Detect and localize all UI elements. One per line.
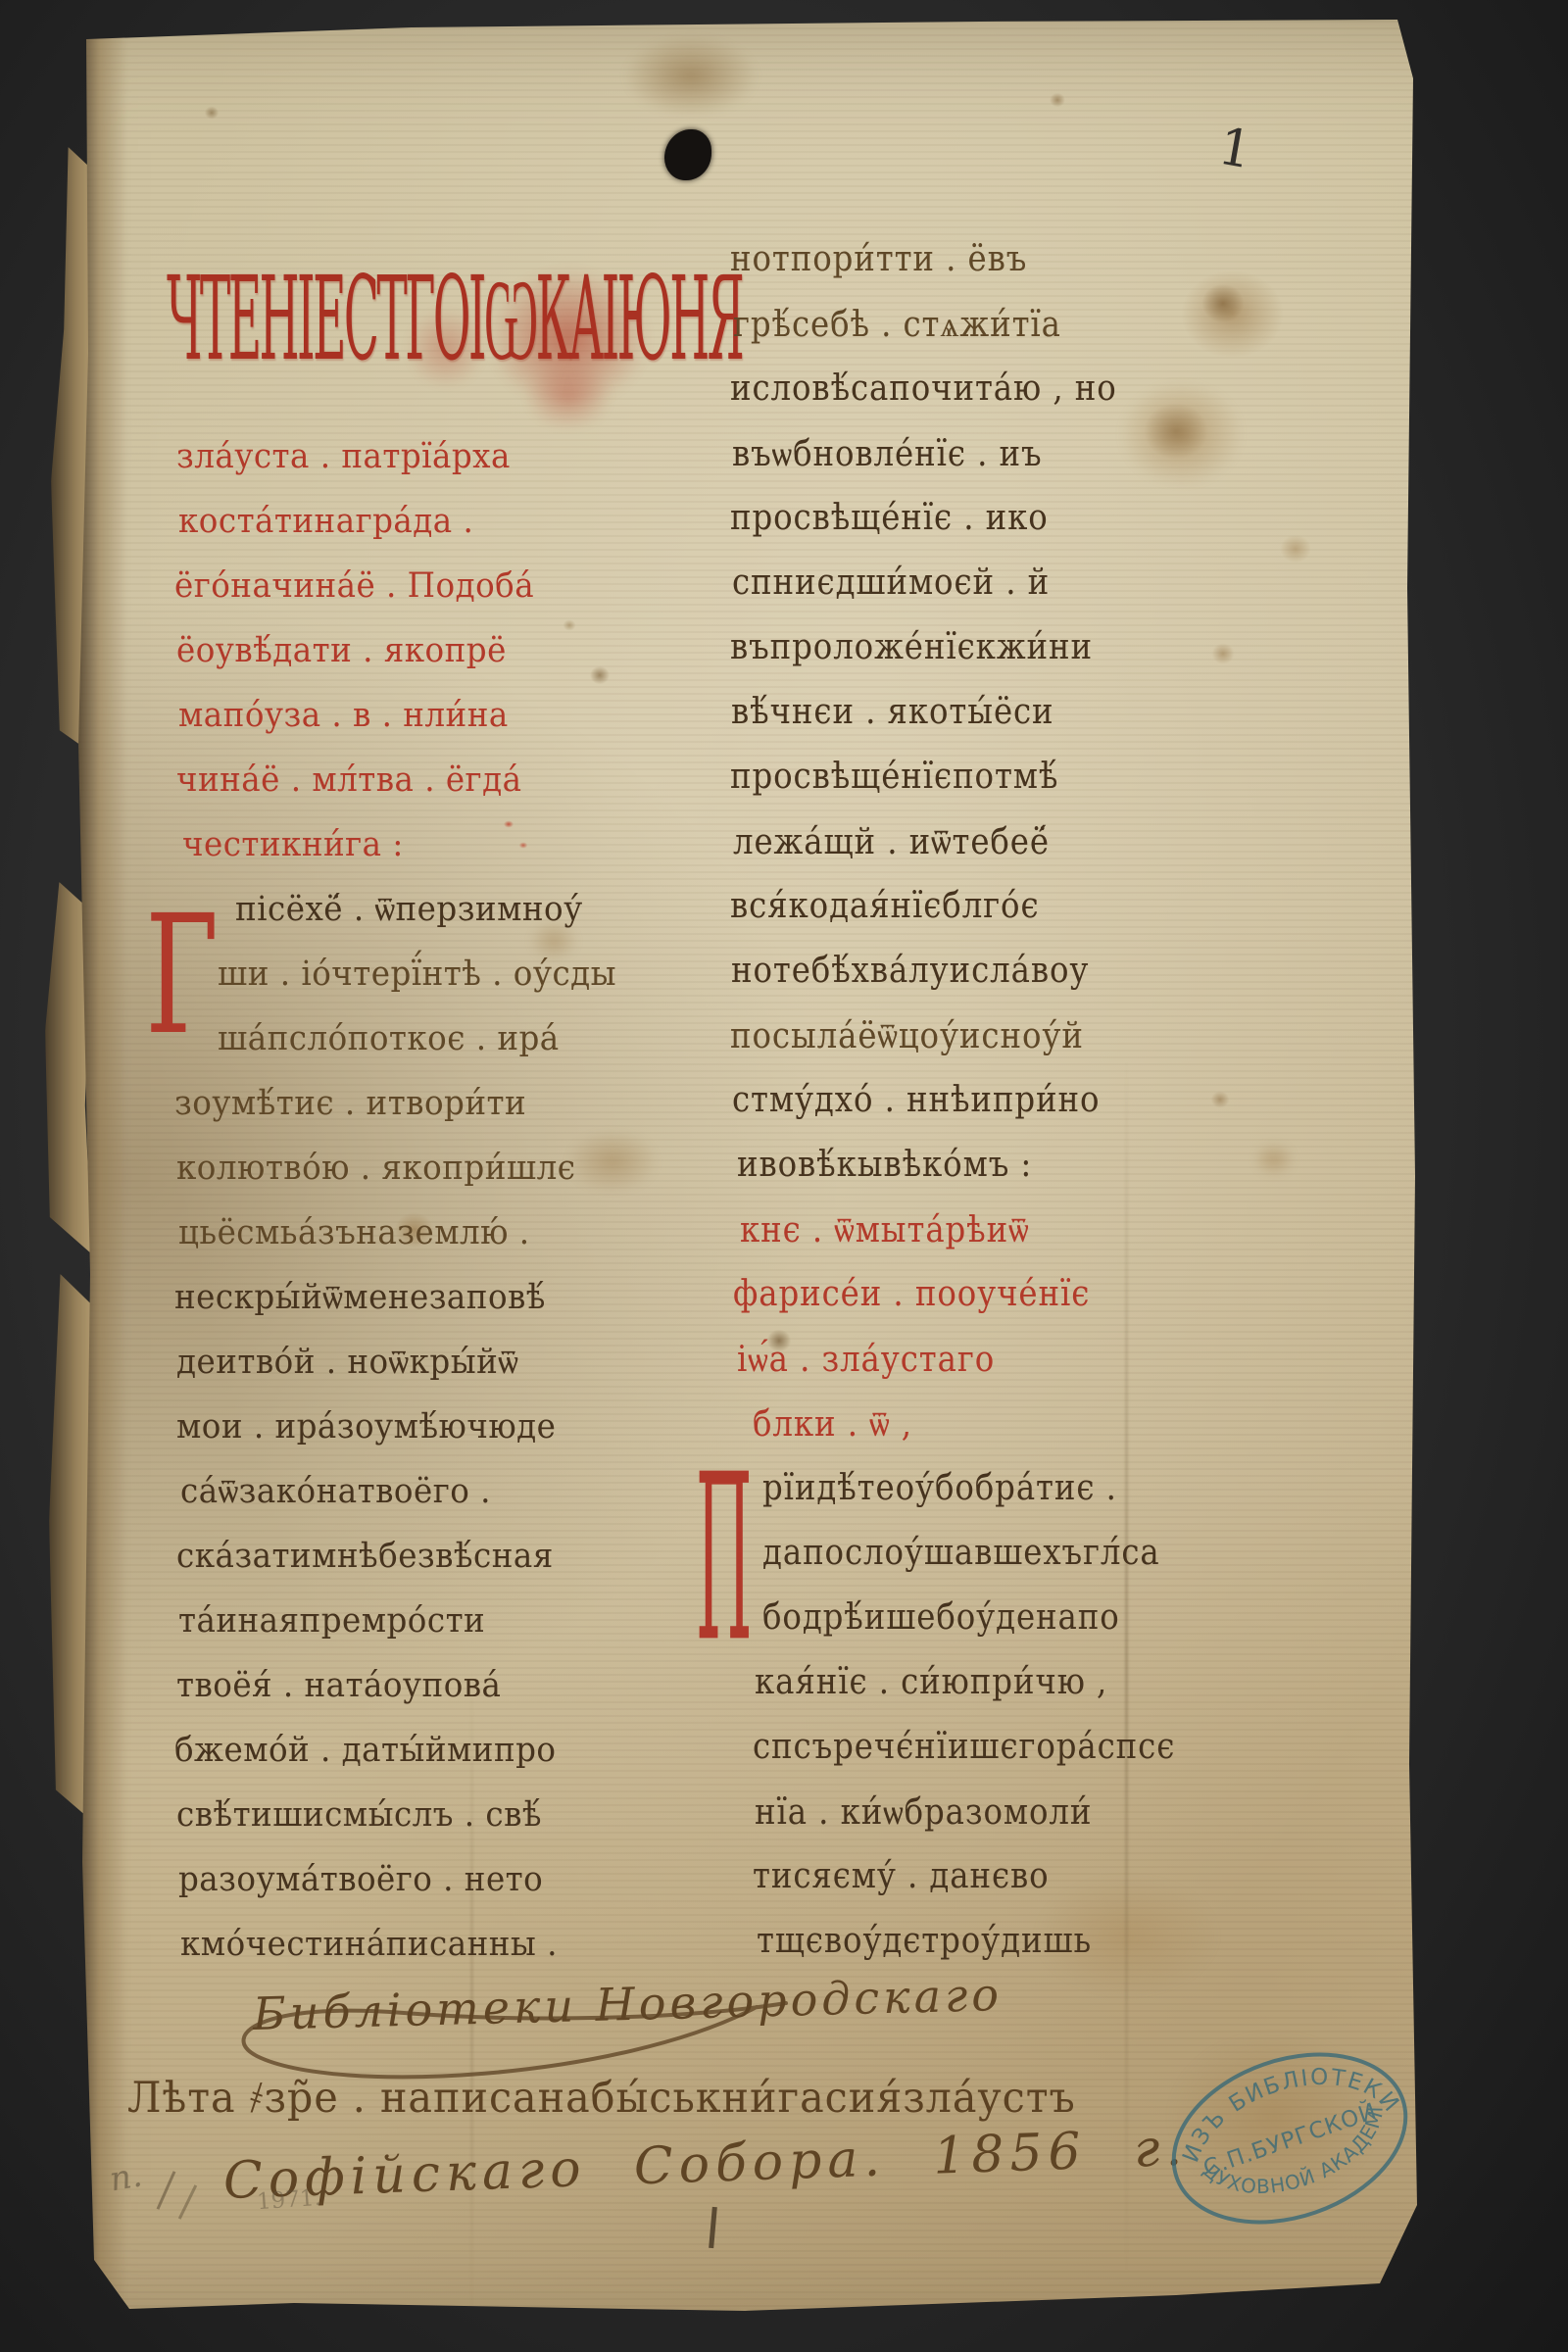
text-line: цьёсмьа́зъназемлю́ . — [178, 1213, 530, 1252]
text-line: просвѣще́нїєпотмѣ́ — [730, 757, 1058, 797]
text-line: кнє . ѿмыта́рѣиѿ — [740, 1209, 1030, 1250]
text-line: нескры́йѿменезаповѣ́ — [174, 1278, 546, 1317]
text-line: тисяєму́ . данєво — [753, 1856, 1050, 1896]
text-line: бжемо́й . даты́ймипро — [174, 1731, 556, 1770]
text-line: фарисе́и . пооуче́нїє — [733, 1274, 1090, 1314]
crease — [1125, 1058, 1128, 2274]
text-line: та́инаяпремро́сти — [178, 1601, 485, 1641]
text-line: исловѣ́сапочита́ю , но — [730, 368, 1117, 409]
text-line: грѣ́себѣ . стѧжи́тїа — [733, 304, 1061, 345]
text-line: са́ѿзако́натвоёго . — [180, 1472, 491, 1511]
text-line: въпроложе́нїєкжи́ни — [730, 627, 1093, 667]
text-line: честикни́га : — [182, 825, 404, 864]
text-line: ёго́начина́ё . Подоба́ — [174, 566, 534, 606]
text-line: нотпори́тти . ёвъ — [730, 239, 1027, 279]
text-line: спсъречє́нїишєгора́спсє — [753, 1727, 1175, 1767]
initial-letter-g: Г — [145, 894, 219, 1057]
text-line: твоёя́ . ната́оупова́ — [176, 1666, 501, 1705]
initial-letter-p: П — [696, 1445, 753, 1674]
text-line: посыла́ёѿцоу́исноу́й — [730, 1015, 1084, 1056]
text-line: бодрѣ́ишебоу́денапо — [762, 1597, 1120, 1638]
text-line: ши . іо́чтерї́нтѣ . оу́сды — [218, 955, 616, 994]
text-line: іѡ́а . зла́устаго — [737, 1339, 995, 1380]
text-line: тщєвоу́дєтроу́дишь — [757, 1921, 1092, 1961]
text-line: вся́кодая́нїєблго́є — [730, 886, 1040, 926]
text-line: деитво́й . ноѿкры́йѿ — [176, 1343, 518, 1382]
text-line: колютво́ю . якопри́шлє — [176, 1149, 575, 1188]
headpiece-vyaz-title: ЧТЕНІЕСТГОІѠКАІЮНЯ — [167, 253, 742, 388]
text-line: зла́уста . патрїа́рха — [176, 437, 511, 476]
text-line: просвѣще́нїє . ико — [730, 498, 1049, 538]
text-line: свѣ́тишисмы́слъ . свѣ́ — [176, 1795, 542, 1835]
text-line: нотебѣ́хва́луисла́воу — [731, 951, 1089, 991]
text-line: зоумѣ́тиє . итвори́ти — [174, 1084, 526, 1123]
text-line: спниєдши́моєй . й — [732, 563, 1050, 603]
text-line: ша́псло́поткоє . ира́ — [218, 1019, 560, 1058]
pencil-number: 1971. — [256, 2185, 322, 2216]
text-line: пісёхё́ . ѿперзимноу́ — [235, 890, 583, 929]
text-line: чина́ё . мл́тва . ёгда́ — [176, 760, 521, 800]
text-line: рїидѣ́теоу́бобра́тиє . — [762, 1468, 1117, 1508]
text-line: въѡбновле́нїє . иъ — [732, 433, 1042, 474]
text-line: ёоувѣ́дати . якопрё — [176, 631, 507, 670]
manuscript-page: ЧТЕНІЕСТГОІѠКАІЮНЯ Г П 1 зла́уста . патр… — [0, 0, 1568, 2352]
inscription-date: Лѣта ҂зр̃е . написанабы́ськни́гасия́зла́… — [127, 2074, 1076, 2123]
text-line: блки . ѿ , — [753, 1403, 912, 1445]
text-line: ивовѣ́кывѣко́мъ : — [737, 1145, 1032, 1185]
pencil-mark: п. — [107, 2155, 145, 2199]
text-line: коста́тинагра́да . — [178, 502, 473, 541]
text-line: мапо́уза . в . нли́на — [178, 696, 509, 735]
text-line: мои . ира́зоумѣ́ючюде — [176, 1407, 556, 1446]
text-line: кая́нїє . си́юпри́чю , — [755, 1662, 1107, 1702]
manuscript-photo: ЧТЕНІЕСТГОІѠКАІЮНЯ Г П 1 зла́уста . патр… — [0, 0, 1568, 2352]
text-line: разоума́твоёго . нето — [178, 1860, 543, 1899]
text-line: вѣ́чнєи . якоты́ёси — [731, 692, 1054, 732]
text-line: ска́затимнѣбезвѣ́сная — [176, 1537, 554, 1576]
text-line: стму́дхо́ . ннѣипри́но — [732, 1080, 1100, 1120]
text-line: кмо́честина́писанны . — [180, 1925, 558, 1964]
text-line: дапослоу́шавшехъгл́са — [762, 1533, 1160, 1573]
text-line: лежа́щй . иѿтебеё́ — [733, 821, 1050, 862]
text-line: нїа . ки́ѡбразомоли́ — [755, 1791, 1092, 1833]
